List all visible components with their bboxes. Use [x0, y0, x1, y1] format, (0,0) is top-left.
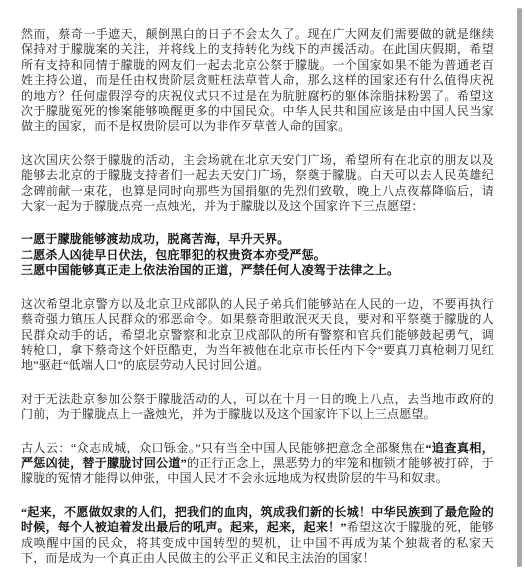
text-run: 然而，蔡奇一手遮天，颠倒黑白的日子不会太久了。现在广大网友们需要做的就是继续保持… — [21, 27, 494, 133]
wish-2: 二愿杀人凶徒早日伏法，包庇罪犯的权贵资本亦受严惩。 — [21, 248, 494, 263]
text-run: 对于无法赴京参加公祭于朦胧活动的人，可以在十月一日的晚上八点，去当地市政府的门前… — [21, 392, 494, 421]
scrollbar-thumb[interactable] — [517, 8, 522, 567]
text-run: 这次国庆公祭于朦胧的活动，主会场就在北京天安门广场，希望所有在北京的朋友以及能够… — [21, 153, 494, 213]
bold-text-run: 一愿于朦胧能够渡劫成功，脱离苦海，早升天界。 — [21, 232, 289, 246]
text-run: 这次希望北京警方以及北京卫戍部队的人民子弟兵们能够站在人民的一边，不要再执行蔡奇… — [21, 297, 494, 373]
bold-text-run: 三愿中国能够真正走上依法治国的正道，严禁任何人凌驾于法律之上。 — [21, 263, 399, 277]
paragraph-4: 这次希望北京警方以及北京卫戍部队的人民子弟兵们能够站在人民的一边，不要再执行蔡奇… — [21, 297, 494, 374]
paragraph-6: 古人云：“众志成城，众口铄金。”只有当全中国人民能够把意念全部聚焦在“追查真相，… — [21, 441, 494, 487]
paragraph-5: 对于无法赴京参加公祭于朦胧活动的人，可以在十月一日的晚上八点，去当地市政府的门前… — [21, 392, 494, 423]
document-page: 然而，蔡奇一手遮天，颠倒黑白的日子不会太久了。现在广大网友们需要做的就是继续保持… — [0, 0, 525, 583]
bold-text-run: 二愿杀人凶徒早日伏法，包庇罪犯的权贵资本亦受严惩。 — [21, 248, 326, 262]
wish-3: 三愿中国能够真正走上依法治国的正道，严禁任何人凌驾于法律之上。 — [21, 263, 494, 278]
text-run: 古人云：“众志成城，众口铄金。”只有当全中国人民能够把意念全部聚焦在 — [21, 441, 425, 455]
paragraph-2: 这次国庆公祭于朦胧的活动，主会场就在北京天安门广场，希望所有在北京的朋友以及能够… — [21, 153, 494, 215]
wish-1: 一愿于朦胧能够渡劫成功，脱离苦海，早升天界。 — [21, 232, 494, 247]
document-text: 然而，蔡奇一手遮天，颠倒黑白的日子不会太久了。现在广大网友们需要做的就是继续保持… — [21, 27, 494, 566]
paragraph-1: 然而，蔡奇一手遮天，颠倒黑白的日子不会太久了。现在广大网友们需要做的就是继续保持… — [21, 27, 494, 135]
paragraph-7: “起来，不愿做奴隶的人们，把我们的血肉，筑成我们新的长城！中华民族到了最危险的时… — [21, 505, 494, 567]
scrollbar-track[interactable] — [514, 0, 525, 583]
